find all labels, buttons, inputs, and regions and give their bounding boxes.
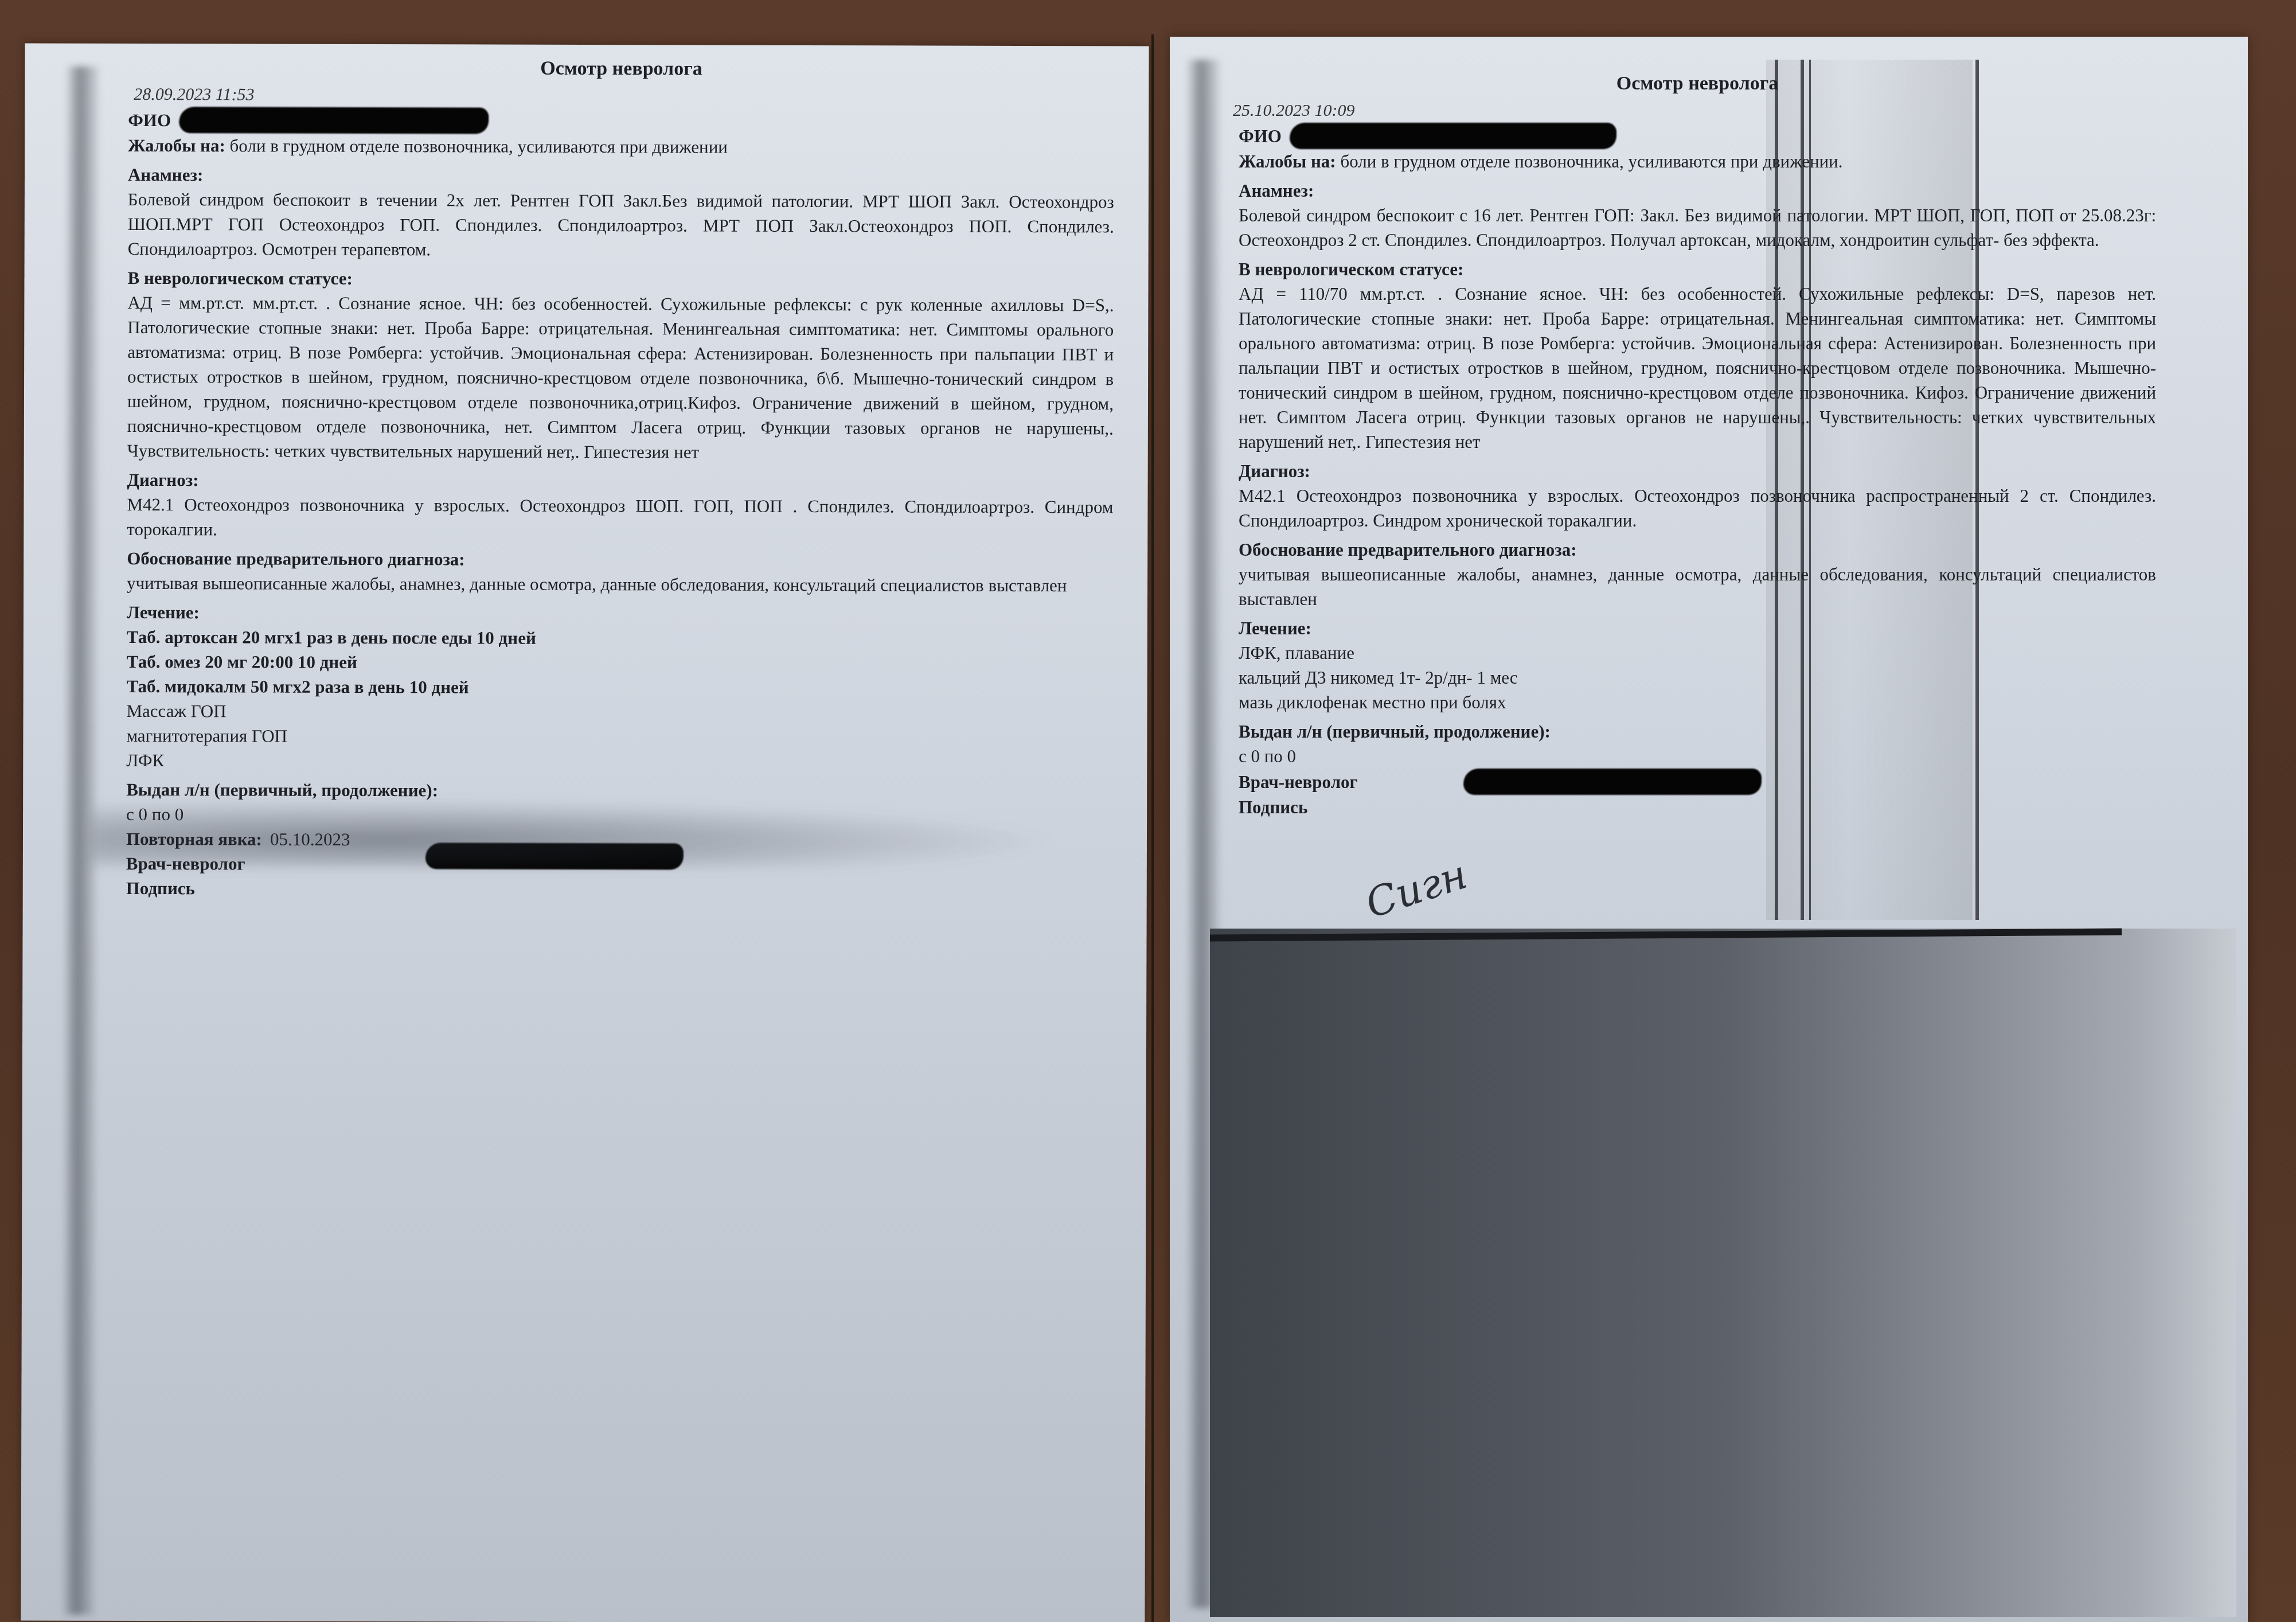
followup-label: Повторная явка: <box>126 826 262 852</box>
document-title: Осмотр невролога <box>128 55 1114 83</box>
redacted-patient-name <box>179 107 489 134</box>
handwritten-signature: Сигн <box>1360 851 1473 927</box>
justification-label: Обоснование предварительного диагноза: <box>127 546 1113 574</box>
treatment-label: Лечение: <box>1239 616 2156 641</box>
sick-leave-label: Выдан л/н (первичный, продолжение): <box>126 777 1112 805</box>
justification-label: Обоснование предварительного диагноза: <box>1239 537 2156 562</box>
patient-name-row: ФИО <box>1239 123 2156 149</box>
treatment-item: мазь диклофенак местно при болях <box>1239 690 2156 715</box>
treatment-item: Таб. мидокалм 50 мгх2 раза в день 10 дне… <box>127 674 1113 701</box>
anamnesis-text: Болевой синдром беспокоит в течении 2х л… <box>128 187 1114 264</box>
fio-label: ФИО <box>1239 124 1282 149</box>
treatment-item: магнитотерапия ГОП <box>126 723 1112 751</box>
doctor-label: Врач-невролог <box>126 851 245 876</box>
sick-leave-value: с 0 по 0 <box>126 802 1112 829</box>
neuro-status-label: В неврологическом статусе: <box>127 266 1114 293</box>
diagnosis-text: М42.1 Остеохондроз позвоночника у взросл… <box>1239 484 2156 533</box>
treatment-item: кальций Д3 никомед 1т- 2р/дн- 1 мес <box>1239 665 2156 690</box>
diagnosis-label: Диагноз: <box>1239 459 2156 484</box>
complaints-label: Жалобы на: <box>128 135 225 155</box>
justification-text: учитывая вышеописанные жалобы, анамнез, … <box>1239 562 2156 611</box>
doctor-label: Врач-невролог <box>1239 770 1358 794</box>
binding-shadow <box>62 67 100 1615</box>
exam-document-2: Осмотр невролога 25.10.2023 10:09 ФИО Жа… <box>1239 71 2156 820</box>
diagnosis-label: Диагноз: <box>127 467 1114 495</box>
exam-document-1: Осмотр невролога 28.09.2023 11:53 ФИО Жа… <box>126 55 1115 903</box>
doctor-row: Врач-невролог <box>1239 769 2156 795</box>
sick-leave-value: с 0 по 0 <box>1239 744 2156 769</box>
table-seam <box>1151 34 1154 1622</box>
anamnesis-label: Анамнез: <box>128 162 1114 190</box>
justification-text: учитывая вышеописанные жалобы, анамнез, … <box>127 571 1113 598</box>
neuro-status-text: АД = 110/70 мм.рт.ст. . Сознание ясное. … <box>1239 282 2156 454</box>
redacted-doctor-name <box>425 843 683 870</box>
treatment-item: Таб. омез 20 мг 20:00 10 дней <box>127 649 1113 677</box>
redacted-doctor-name <box>1463 769 1762 795</box>
signature-label: Подпись <box>126 876 1112 903</box>
neuro-status-label: В неврологическом статусе: <box>1239 257 2156 282</box>
patient-name-row: ФИО <box>128 107 1114 136</box>
neuro-status-text: АД = мм.рт.ст. мм.рт.ст. . Сознание ясно… <box>127 290 1114 466</box>
fio-label: ФИО <box>128 107 171 132</box>
document-sheet-left: Осмотр невролога 28.09.2023 11:53 ФИО Жа… <box>21 43 1149 1622</box>
treatment-item: Таб. артоксан 20 мгх1 раз в день после е… <box>127 625 1113 652</box>
complaints-row: Жалобы на: боли в грудном отделе позвоно… <box>1239 149 2156 174</box>
complaints-label: Жалобы на: <box>1239 151 1336 171</box>
signature-label: Подпись <box>1239 795 2156 820</box>
complaints-text: боли в грудном отделе позвоночника, усил… <box>1340 151 1842 171</box>
treatment-label: Лечение: <box>127 600 1113 627</box>
dark-scanned-area <box>1210 929 2236 1617</box>
document-title: Осмотр невролога <box>1239 71 2156 96</box>
exam-datetime: 25.10.2023 10:09 <box>1233 98 2156 123</box>
doctor-row: Врач-невролог <box>126 851 1112 879</box>
treatment-item: Массаж ГОП <box>127 699 1113 726</box>
treatment-item: ЛФК, плавание <box>1239 641 2156 665</box>
followup-date: 05.10.2023 <box>270 827 350 852</box>
complaints-text: боли в грудном отделе позвоночника, усил… <box>230 135 728 157</box>
anamnesis-label: Анамнез: <box>1239 178 2156 203</box>
complaints-row: Жалобы на: боли в грудном отделе позвоно… <box>128 133 1114 161</box>
diagnosis-text: М42.1 Остеохондроз позвоночника у взросл… <box>127 492 1113 544</box>
treatment-item: ЛФК <box>126 748 1112 775</box>
anamnesis-text: Болевой синдром беспокоит с 16 лет. Рент… <box>1239 203 2156 252</box>
sick-leave-label: Выдан л/н (первичный, продолжение): <box>1239 719 2156 744</box>
exam-datetime: 28.09.2023 11:53 <box>134 82 1114 109</box>
document-sheet-right: Осмотр невролога 25.10.2023 10:09 ФИО Жа… <box>1170 37 2248 1622</box>
redacted-patient-name <box>1290 123 1616 149</box>
